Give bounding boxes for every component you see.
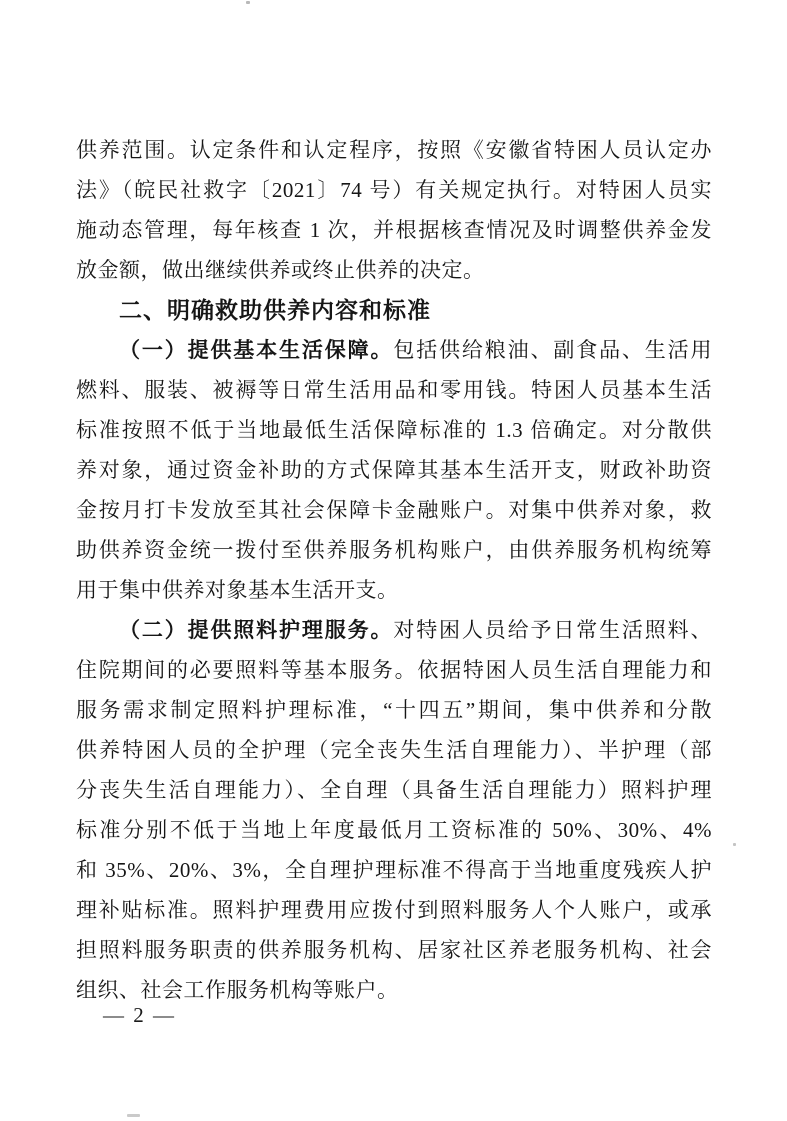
text-line: 标准按照不低于当地最低生活保障标准的 1.3 倍确定。对分散供 (76, 410, 712, 450)
text-line: 标准分别不低于当地上年度最低月工资标准的 50%、30%、4% (76, 810, 712, 850)
text-line: 燃料、服装、被褥等日常生活用品和零用钱。特困人员基本生活 (76, 370, 712, 410)
text-line: 放金额，做出继续供养或终止供养的决定。 (76, 250, 712, 290)
scan-speck (246, 1, 250, 4)
scan-speck (733, 843, 736, 846)
subsection-lead: （二）提供照料护理服务。 (119, 618, 393, 642)
document-page: 供养范围。认定条件和认定程序，按照《安徽省特困人员认定办 法》（皖民社救字〔20… (0, 0, 787, 1121)
text-line: 养对象，通过资金补助的方式保障其基本生活开支，财政补助资 (76, 450, 712, 490)
text-line: 用于集中供养对象基本生活开支。 (76, 570, 712, 610)
text-line: （二）提供照料护理服务。对特困人员给予日常生活照料、 (76, 610, 712, 650)
scan-speck (127, 1114, 140, 1117)
text-line: 服务需求制定照料护理标准，“十四五”期间，集中供养和分散 (76, 690, 712, 730)
text-line: 供养特困人员的全护理（完全丧失生活自理能力）、半护理（部 (76, 730, 712, 770)
text-line: 施动态管理，每年核查 1 次，并根据核查情况及时调整供养金发 (76, 210, 712, 250)
text-line: 供养范围。认定条件和认定程序，按照《安徽省特困人员认定办 (76, 130, 712, 170)
text-line: 金按月打卡发放至其社会保障卡金融账户。对集中供养对象，救 (76, 490, 712, 530)
text-line: 分丧失生活自理能力）、全自理（具备生活自理能力）照料护理 (76, 770, 712, 810)
text-line: 助供养资金统一拨付至供养服务机构账户，由供养服务机构统筹 (76, 530, 712, 570)
text-line: 担照料服务职责的供养服务机构、居家社区养老服务机构、社会 (76, 930, 712, 970)
text-line: （一）提供基本生活保障。包括供给粮油、副食品、生活用 (76, 330, 712, 370)
text-line: 理补贴标准。照料护理费用应拨付到照料服务人个人账户，或承 (76, 890, 712, 930)
section-heading: 二、明确救助供养内容和标准 (76, 290, 712, 330)
page-number: — 2 — (103, 1003, 176, 1028)
text-segment: 包括供给粮油、副食品、生活用 (393, 338, 712, 362)
subsection-lead: （一）提供基本生活保障。 (119, 338, 393, 362)
text-line: 住院期间的必要照料等基本服务。依据特困人员生活自理能力和 (76, 650, 712, 690)
text-segment: 对特困人员给予日常生活照料、 (393, 618, 712, 642)
text-line: 法》（皖民社救字〔2021〕74 号）有关规定执行。对特困人员实 (76, 170, 712, 210)
document-text-block: 供养范围。认定条件和认定程序，按照《安徽省特困人员认定办 法》（皖民社救字〔20… (76, 130, 712, 1010)
text-line: 和 35%、20%、3%，全自理护理标准不得高于当地重度残疾人护 (76, 850, 712, 890)
